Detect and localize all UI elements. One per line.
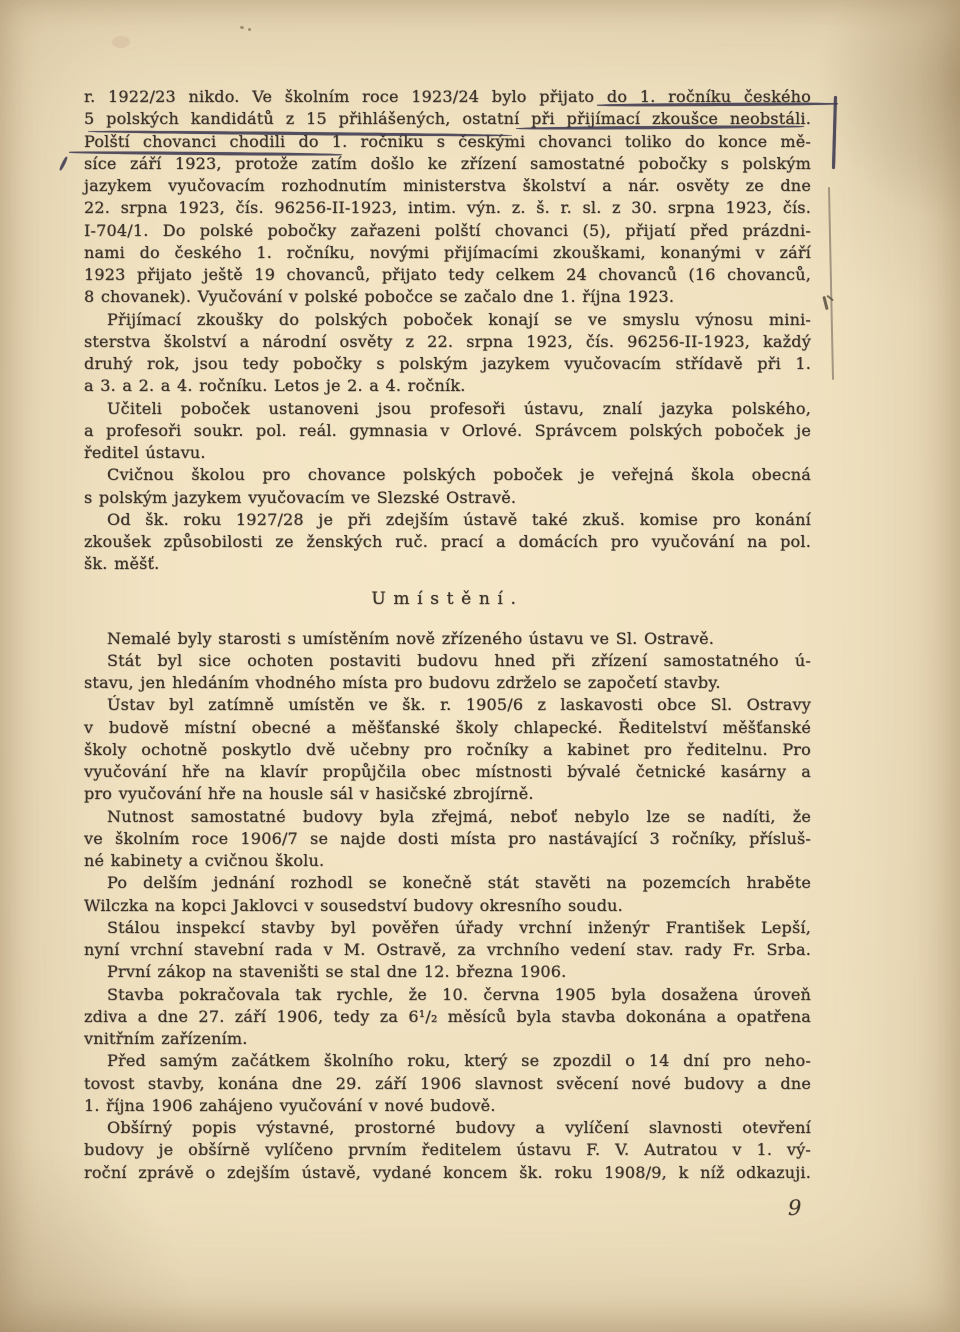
text-line: Přijímací zkoušky do polských poboček ko…: [84, 309, 811, 331]
text-line: tovost stavby, konána dne 29. září 1906 …: [84, 1073, 811, 1095]
text-line: Stavba pokračovala tak rychle, že 10. če…: [84, 984, 811, 1006]
scanned-book-page: r. 1922/23 nikdo. Ve školním roce 1923/2…: [0, 0, 960, 1332]
text-line: vyučování hře na klavír propůjčila obec …: [84, 761, 811, 783]
text-line: roční zprávě o zdejším ústavě, vydané ko…: [84, 1162, 811, 1184]
text-line: síce září 1923, protože zatím došlo ke z…: [84, 153, 811, 175]
body-text-lower: Nemalé byly starosti s umístěním nově zř…: [84, 628, 811, 1184]
text-line: sterstva školství a národní osvěty z 22.…: [84, 331, 811, 353]
text-line: Nutnost samostatné budovy byla zřejmá, n…: [84, 806, 811, 828]
paper-stain: [112, 36, 130, 48]
text-line: jazykem vyučovacím rozhodnutím ministers…: [84, 175, 811, 197]
text-line: Stálou inspekcí stavby byl pověřen úřady…: [84, 917, 811, 939]
text-line: a profesoři soukr. pol. reál. gymnasia v…: [84, 420, 811, 442]
text-line: Ústav byl zatímně umístěn ve šk. r. 1905…: [84, 694, 811, 716]
text-line: 1923 přijato ještě 19 chovanců, přijato …: [84, 264, 811, 286]
text-line: v budově místní obecné a měšťanské školy…: [84, 717, 811, 739]
text-line: zkoušek způsobilosti ze ženských ruč. pr…: [84, 531, 811, 553]
text-line: Po delším jednání rozhodl se konečně stá…: [84, 872, 811, 894]
margin-pen-line: [832, 96, 837, 169]
text-line: Obšírný popis výstavné, prostorné budovy…: [84, 1117, 811, 1139]
text-line: Stát byl sice ochoten postaviti budovu h…: [84, 650, 811, 672]
text-line: stavu, jen hledáním vhodného místa pro b…: [84, 672, 811, 694]
section-heading: Umístění.: [84, 587, 811, 611]
text-line: budovy je obšírně vylíčeno prvním ředite…: [84, 1139, 811, 1161]
text-line: školy ochotně poskytlo dvě učebny pro ro…: [84, 739, 811, 761]
body-text-upper: r. 1922/23 nikdo. Ve školním roce 1923/2…: [84, 86, 811, 576]
text-line: Nemalé byly starosti s umístěním nově zř…: [84, 628, 811, 650]
text-line: Před samým začátkem školního roku, který…: [84, 1050, 811, 1072]
text-line: nyní vrchní stavební rada v M. Ostravě, …: [84, 939, 811, 961]
pen-slash-mark: [59, 156, 68, 171]
text-line: zdiva a dne 27. září 1906, tedy za 6¹/₂ …: [84, 1006, 811, 1028]
ink-speck: [248, 28, 251, 31]
text-line: Cvičnou školou pro chovance polských pob…: [84, 464, 811, 486]
text-line: 22. srpna 1923, čís. 96256-II-1923, inti…: [84, 197, 811, 219]
text-line: I-704/1. Do polské pobočky zařazeni polš…: [84, 220, 811, 242]
margin-pencil-line: [828, 187, 834, 380]
ink-speck: [240, 25, 245, 29]
text-line: druhý rok, jsou tedy pobočky s polským j…: [84, 353, 811, 375]
text-line: Učiteli poboček ustanoveni jsou profesoř…: [84, 398, 811, 420]
text-line: Od šk. roku 1927/28 je při zdejším ústav…: [84, 509, 811, 531]
text-line: nami do českého 1. ročníku, novými přijí…: [84, 242, 811, 264]
page-text: r. 1922/23 nikdo. Ve školním roce 1923/2…: [84, 86, 811, 1184]
page-number: 9: [788, 1196, 801, 1220]
text-line: ve školním roce 1906/7 se najde dosti mí…: [84, 828, 811, 850]
